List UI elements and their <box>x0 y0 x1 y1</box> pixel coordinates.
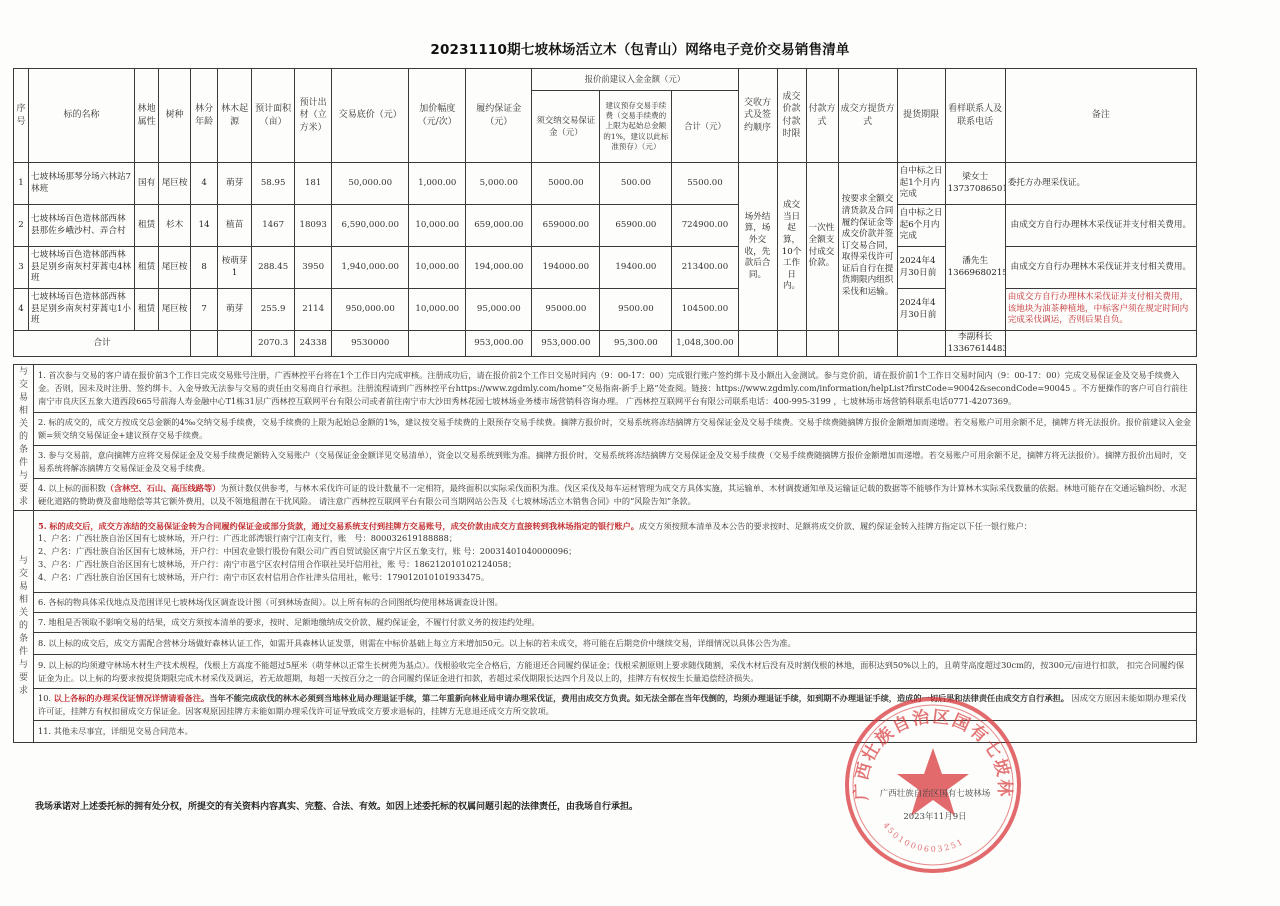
totals-volume: 24338 <box>295 331 332 357</box>
totals-remarks-empty <box>1005 331 1196 357</box>
cell-pickup-deadline: 2024年4月30日前 <box>897 289 945 331</box>
cell-base-price: 1,940,000.00 <box>332 247 409 289</box>
condition-text: 成交方须按照本清单及本公告的要求按时、足额将成交价款、履约保证金转入挂牌方指定以… <box>639 521 1032 531</box>
totals-increment-empty <box>409 331 466 357</box>
totals-row: 合计2070.3243389530000953,000.00953,000.00… <box>14 331 1197 357</box>
header-area: 预计面积（亩） <box>252 69 295 163</box>
cell-deposit-total: 724900.00 <box>672 205 738 247</box>
cell-volume: 3950 <box>295 247 332 289</box>
cell-fee-prestore: 65900.00 <box>600 205 672 247</box>
header-fee-prestore: 建议预存交易手续费（交易手续费的上限为起始总金额的1%，建议以此标准预存）（元） <box>600 91 672 163</box>
condition-row: 与交易相关的条件与要求5. 标的成交后，成交方冻结的交易保证金转为合同履约保证金… <box>14 511 1197 593</box>
cell-seq: 4 <box>14 289 29 331</box>
header-deposit-required: 须交纳交易保证金（元） <box>532 91 600 163</box>
header-base-price: 交易底价（元） <box>332 69 409 163</box>
cell-performance-bond: 659,000.00 <box>466 205 532 247</box>
cell-pickup-deadline: 2024年4月30日前 <box>897 247 945 289</box>
condition-row: 6. 各标的物具体采伐地点及范围详见七坡林场伐区调查设计图（可到林场查阅）。以上… <box>14 593 1197 613</box>
seal-organization: 广西壮族自治区国有七坡林场 <box>860 787 1010 799</box>
cell-volume: 181 <box>295 163 332 205</box>
condition-item-10: 10. 以上各标的办理采伐证情况详情请看备注。当年不能完成砍伐的林木必须到当地林… <box>34 689 1197 721</box>
header-deposit-group: 报价前建议入金金额（元） <box>532 69 738 91</box>
cell-remarks: 由成交方自行办理林木采伐证并支付相关费用。 <box>1005 247 1196 289</box>
condition-row: 8. 以上标的成交后，成交方需配合营林分场做好森林认证工作，如需开具森林认证发票… <box>14 633 1197 655</box>
cell-base-price: 950,000.00 <box>332 289 409 331</box>
condition-text: 7. 地租是否领取不影响交易的结果，成交方须按本清单的要求，按时、足额地缴纳成交… <box>38 617 540 627</box>
header-land-attr: 林地属性 <box>135 69 159 163</box>
document-title: 20231110期七坡林场活立木（包青山）网络电子竞价交易销售清单 <box>0 38 1280 58</box>
condition-item-1: 1. 首次参与交易的客户请在报价前3个工作日完成交易账号注册，广西林控平台将在1… <box>34 365 1197 413</box>
header-performance-bond: 履约保证金（元） <box>466 69 532 163</box>
cell-species: 尾巨桉 <box>159 289 191 331</box>
cell-age: 8 <box>191 247 218 289</box>
cell-increment: 10,000.00 <box>409 247 466 289</box>
cell-fee-prestore: 9500.00 <box>600 289 672 331</box>
condition-item-4: 4. 以上标的面积数（含林空、石山、高压线路等）为预计数仅供参考，与林木采伐许可… <box>34 479 1197 511</box>
cell-area: 58.95 <box>252 163 295 205</box>
condition-item-7: 7. 地租是否领取不影响交易的结果，成交方须按本清单的要求，按时、足额地缴纳成交… <box>34 613 1197 633</box>
cell-remarks: 委托方办理采伐证。 <box>1005 163 1196 205</box>
header-species: 树种 <box>159 69 191 163</box>
header-payment-deadline: 成交价款付款时限 <box>777 69 806 163</box>
condition-text: 1. 首次参与交易的客户请在报价前3个工作日完成交易账号注册，广西林控平台将在1… <box>38 370 1188 405</box>
table-row: 2七坡林场百色造林部西林县那佐乡峨沙村、弄合村租赁杉木14植苗146718093… <box>14 205 1197 247</box>
totals-origin-empty <box>218 331 252 357</box>
cell-name: 七坡林场那琴分场六林站7林班 <box>29 163 135 205</box>
cell-species: 尾巨桉 <box>159 163 191 205</box>
header-pickup-method: 成交方提货方式 <box>838 69 897 163</box>
header-origin: 林木起源 <box>218 69 252 163</box>
condition-row: 3. 参与交易前，意向摘牌方应将交易保证金及交易手续费足额转入交易账户（交易保证… <box>14 446 1197 479</box>
cell-pickup-deadline: 自中标之日起6个月内完成 <box>897 205 945 247</box>
condition-text: 2. 标的成交的，成交方按成交总金额的4‰交纳交易手续费，交易手续费的上限为起始… <box>38 417 1191 440</box>
totals-performance-bond: 953,000.00 <box>466 331 532 357</box>
cell-volume: 2114 <box>295 289 332 331</box>
table-row: 1七坡林场那琴分场六林站7林班国有尾巨桉4萌芽58.9518150,000.00… <box>14 163 1197 205</box>
totals-contact: 李副科长 13367614483 <box>945 331 1005 357</box>
cell-species: 杉木 <box>159 205 191 247</box>
bank-account-line: 1、户名：广西壮族自治区国有七坡林场，开户行：广西北部湾银行南宁江南支行，账 号… <box>38 532 1192 545</box>
totals-empty <box>806 331 838 357</box>
totals-empty <box>838 331 897 357</box>
cell-origin: 萌芽 <box>218 289 252 331</box>
condition-row: 4. 以上标的面积数（含林空、石山、高压线路等）为预计数仅供参考，与林木采伐许可… <box>14 479 1197 511</box>
condition-row: 2. 标的成交的，成交方按成交总金额的4‰交纳交易手续费，交易手续费的上限为起始… <box>14 413 1197 446</box>
cell-contact: 梁女士 13737086501 <box>945 163 1005 205</box>
table-row: 4七坡林场百色造林部西林县足别乡南灰村芽蒿屯1小班租赁尾巨桉7萌芽255.921… <box>14 289 1197 331</box>
cell-deposit-required: 5000.00 <box>532 163 600 205</box>
cell-land-attr: 租赁 <box>135 247 159 289</box>
condition-text: 4. 以上标的面积数 <box>38 483 106 493</box>
condition-text: 9. 以上标的均须遵守林场木材生产技术规程，伐根上方高度不能超过5厘米（萌芽林以… <box>38 660 1184 683</box>
table-row: 3七坡林场百色造林部西林县足别乡南灰村芽蒿屯4林班租赁尾巨桉8桉萌芽1288.4… <box>14 247 1197 289</box>
cell-origin: 桉萌芽1 <box>218 247 252 289</box>
cell-origin: 植苗 <box>218 205 252 247</box>
condition-text: 10. <box>38 693 54 703</box>
totals-area: 2070.3 <box>252 331 295 357</box>
totals-empty <box>777 331 806 357</box>
cell-seq: 2 <box>14 205 29 247</box>
conditions-side-label: 与交易相关的条件与要求 <box>14 365 34 511</box>
header-age: 林分年龄 <box>191 69 218 163</box>
condition-item-3: 3. 参与交易前，意向摘牌方应将交易保证金及交易手续费足额转入交易账户（交易保证… <box>34 446 1197 479</box>
cell-area: 255.9 <box>252 289 295 331</box>
cell-age: 7 <box>191 289 218 331</box>
condition-text: 6. 各标的物具体采伐地点及范围详见七坡林场伐区调查设计图（可到林场查阅）。以上… <box>38 597 503 607</box>
header-increment: 加价幅度（元/次） <box>409 69 466 163</box>
svg-text:4501000603251: 4501000603251 <box>881 821 965 854</box>
cell-deposit-required: 194000.00 <box>532 247 600 289</box>
totals-label: 合计 <box>14 331 191 357</box>
bank-account-line: 2、户名：广西壮族自治区国有七坡林场，开户行：中国农业银行股份有限公司广西自贸试… <box>38 545 1192 558</box>
header-payment-method: 付款方式 <box>806 69 838 163</box>
cell-deposit-total: 104500.00 <box>672 289 738 331</box>
cell-area: 288.45 <box>252 247 295 289</box>
condition-row: 11. 其他未尽事宜，详细见交易合同范本。 <box>14 721 1197 743</box>
totals-fee-prestore: 95,300.00 <box>600 331 672 357</box>
cell-performance-bond: 5,000.00 <box>466 163 532 205</box>
cell-age: 14 <box>191 205 218 247</box>
totals-age-empty <box>191 331 218 357</box>
header-name: 标的名称 <box>29 69 135 163</box>
pledge-statement: 我场承诺对上述委托标的拥有处分权，所提交的有关资料内容真实、完整、合法、有效。如… <box>35 799 638 812</box>
condition-item-2: 2. 标的成交的，成交方按成交总金额的4‰交纳交易手续费，交易手续费的上限为起始… <box>34 413 1197 446</box>
condition-item-8: 8. 以上标的成交后，成交方需配合营林分场做好森林认证工作，如需开具森林认证发票… <box>34 633 1197 655</box>
header-volume: 预计出材（立方米） <box>295 69 332 163</box>
cell-remarks: 由成交方自行办理林木采伐证并支付相关费用。 <box>1005 205 1196 247</box>
cell-seq: 3 <box>14 247 29 289</box>
cell-land-attr: 租赁 <box>135 289 159 331</box>
condition-item-5: 5. 标的成交后，成交方冻结的交易保证金转为合同履约保证金或部分货款，通过交易系… <box>34 511 1197 593</box>
condition-item-11: 11. 其他未尽事宜，详细见交易合同范本。 <box>34 721 1197 743</box>
totals-empty <box>897 331 945 357</box>
condition-text: 11. 其他未尽事宜，详细见交易合同范本。 <box>38 726 193 736</box>
bank-account-line: 3、户名：广西壮族自治区国有七坡林场，开户行：南宁市邕宁区农村信用合作联社吴圩信… <box>38 558 1192 571</box>
cell-base-price: 50,000.00 <box>332 163 409 205</box>
cell-species: 尾巨桉 <box>159 247 191 289</box>
cell-payment-method: 一次性全额支付成交价款。 <box>806 163 838 331</box>
cell-pickup-deadline: 自中标之日起1个月内完成 <box>897 163 945 205</box>
header-seq: 序号 <box>14 69 29 163</box>
cell-fee-prestore: 19400.00 <box>600 247 672 289</box>
header-remarks: 备注 <box>1005 69 1196 163</box>
cell-pickup-method: 按要求全额交清货款及合同履约保证金等成交价款并签订交易合同，取得采伐许可证后自行… <box>838 163 897 331</box>
cell-name: 七坡林场百色造林部西林县足别乡南灰村芽蒿屯4林班 <box>29 247 135 289</box>
cell-area: 1467 <box>252 205 295 247</box>
header-contact: 看样联系人及联系电话 <box>945 69 1005 163</box>
cell-remarks: 由成交方自行办理林木采伐证并支付相关费用，该地块为油茶种植地，中标客户须在规定时… <box>1005 289 1196 331</box>
cell-name: 七坡林场百色造林部西林县足别乡南灰村芽蒿屯1小班 <box>29 289 135 331</box>
condition-item-9: 9. 以上标的均须遵守林场木材生产技术规程，伐根上方高度不能超过5厘米（萌芽林以… <box>34 655 1197 689</box>
cell-volume: 18093 <box>295 205 332 247</box>
bank-account-line: 4、户名：广西壮族自治区国有七坡林场，开户行：南宁市区农村信用合作社津头信用社，… <box>38 571 1192 584</box>
cell-fee-prestore: 500.00 <box>600 163 672 205</box>
cell-deposit-required: 659000.00 <box>532 205 600 247</box>
cell-delivery-method: 场外结算，场外交收，先款后合同。 <box>738 163 777 331</box>
condition-row: 9. 以上标的均须遵守林场木材生产技术规程，伐根上方高度不能超过5厘米（萌芽林以… <box>14 655 1197 689</box>
condition-row: 与交易相关的条件与要求1. 首次参与交易的客户请在报价前3个工作日完成交易账号注… <box>14 365 1197 413</box>
totals-deposit-total: 1,048,300.00 <box>672 331 738 357</box>
condition-text: （含林空、石山、高压线路等） <box>106 483 221 493</box>
cell-seq: 1 <box>14 163 29 205</box>
cell-payment-deadline: 成交当日起算，10个工作日内。 <box>777 163 806 331</box>
totals-empty <box>738 331 777 357</box>
cell-deposit-required: 95000.00 <box>532 289 600 331</box>
header-deposit-total: 合计（元） <box>672 91 738 163</box>
cell-performance-bond: 95,000.00 <box>466 289 532 331</box>
header-pickup-deadline: 提货期限 <box>897 69 945 163</box>
condition-text: 以上各标的办理采伐证情况详情请看备注。 <box>54 693 210 703</box>
condition-text: 3. 参与交易前，意向摘牌方应将交易保证金及交易手续费足额转入交易账户（交易保证… <box>38 450 1186 473</box>
condition-row: 10. 以上各标的办理采伐证情况详情请看备注。当年不能完成砍伐的林木必须到当地林… <box>14 689 1197 721</box>
totals-deposit-required: 953,000.00 <box>532 331 600 357</box>
sales-list-table: 序号 标的名称 林地属性 树种 林分年龄 林木起源 预计面积（亩） 预计出材（立… <box>13 68 1197 357</box>
cell-increment: 1,000.00 <box>409 163 466 205</box>
conditions-table: 与交易相关的条件与要求1. 首次参与交易的客户请在报价前3个工作日完成交易账号注… <box>13 364 1197 743</box>
cell-name: 七坡林场百色造林部西林县那佐乡峨沙村、弄合村 <box>29 205 135 247</box>
cell-base-price: 6,590,000.00 <box>332 205 409 247</box>
cell-increment: 10,000.00 <box>409 205 466 247</box>
conditions-side-label: 与交易相关的条件与要求 <box>14 511 34 743</box>
cell-deposit-total: 5500.00 <box>672 163 738 205</box>
cell-contact: 潘先生 13669680215 <box>945 205 1005 331</box>
seal-date: 2023年11月9日 <box>860 810 1010 822</box>
condition-row: 7. 地租是否领取不影响交易的结果，成交方须按本清单的要求，按时、足额地缴纳成交… <box>14 613 1197 633</box>
condition-text: 5. 标的成交后，成交方冻结的交易保证金转为合同履约保证金或部分货款，通过交易系… <box>38 521 639 531</box>
header-delivery-method: 交收方式及签约顺序 <box>738 69 777 163</box>
cell-increment: 10,000.00 <box>409 289 466 331</box>
cell-land-attr: 租赁 <box>135 205 159 247</box>
cell-deposit-total: 213400.00 <box>672 247 738 289</box>
totals-base-price: 9530000 <box>332 331 409 357</box>
condition-text: 8. 以上标的成交后，成交方需配合营林分场做好森林认证工作，如需开具森林认证发票… <box>38 638 796 648</box>
condition-text: 当年不能完成砍伐的林木必须到当地林业局办理退证手续，第二年重新向林业局申请办理采… <box>209 693 1069 703</box>
cell-origin: 萌芽 <box>218 163 252 205</box>
cell-age: 4 <box>191 163 218 205</box>
cell-performance-bond: 194,000.00 <box>466 247 532 289</box>
cell-land-attr: 国有 <box>135 163 159 205</box>
condition-item-6: 6. 各标的物具体采伐地点及范围详见七坡林场伐区调查设计图（可到林场查阅）。以上… <box>34 593 1197 613</box>
